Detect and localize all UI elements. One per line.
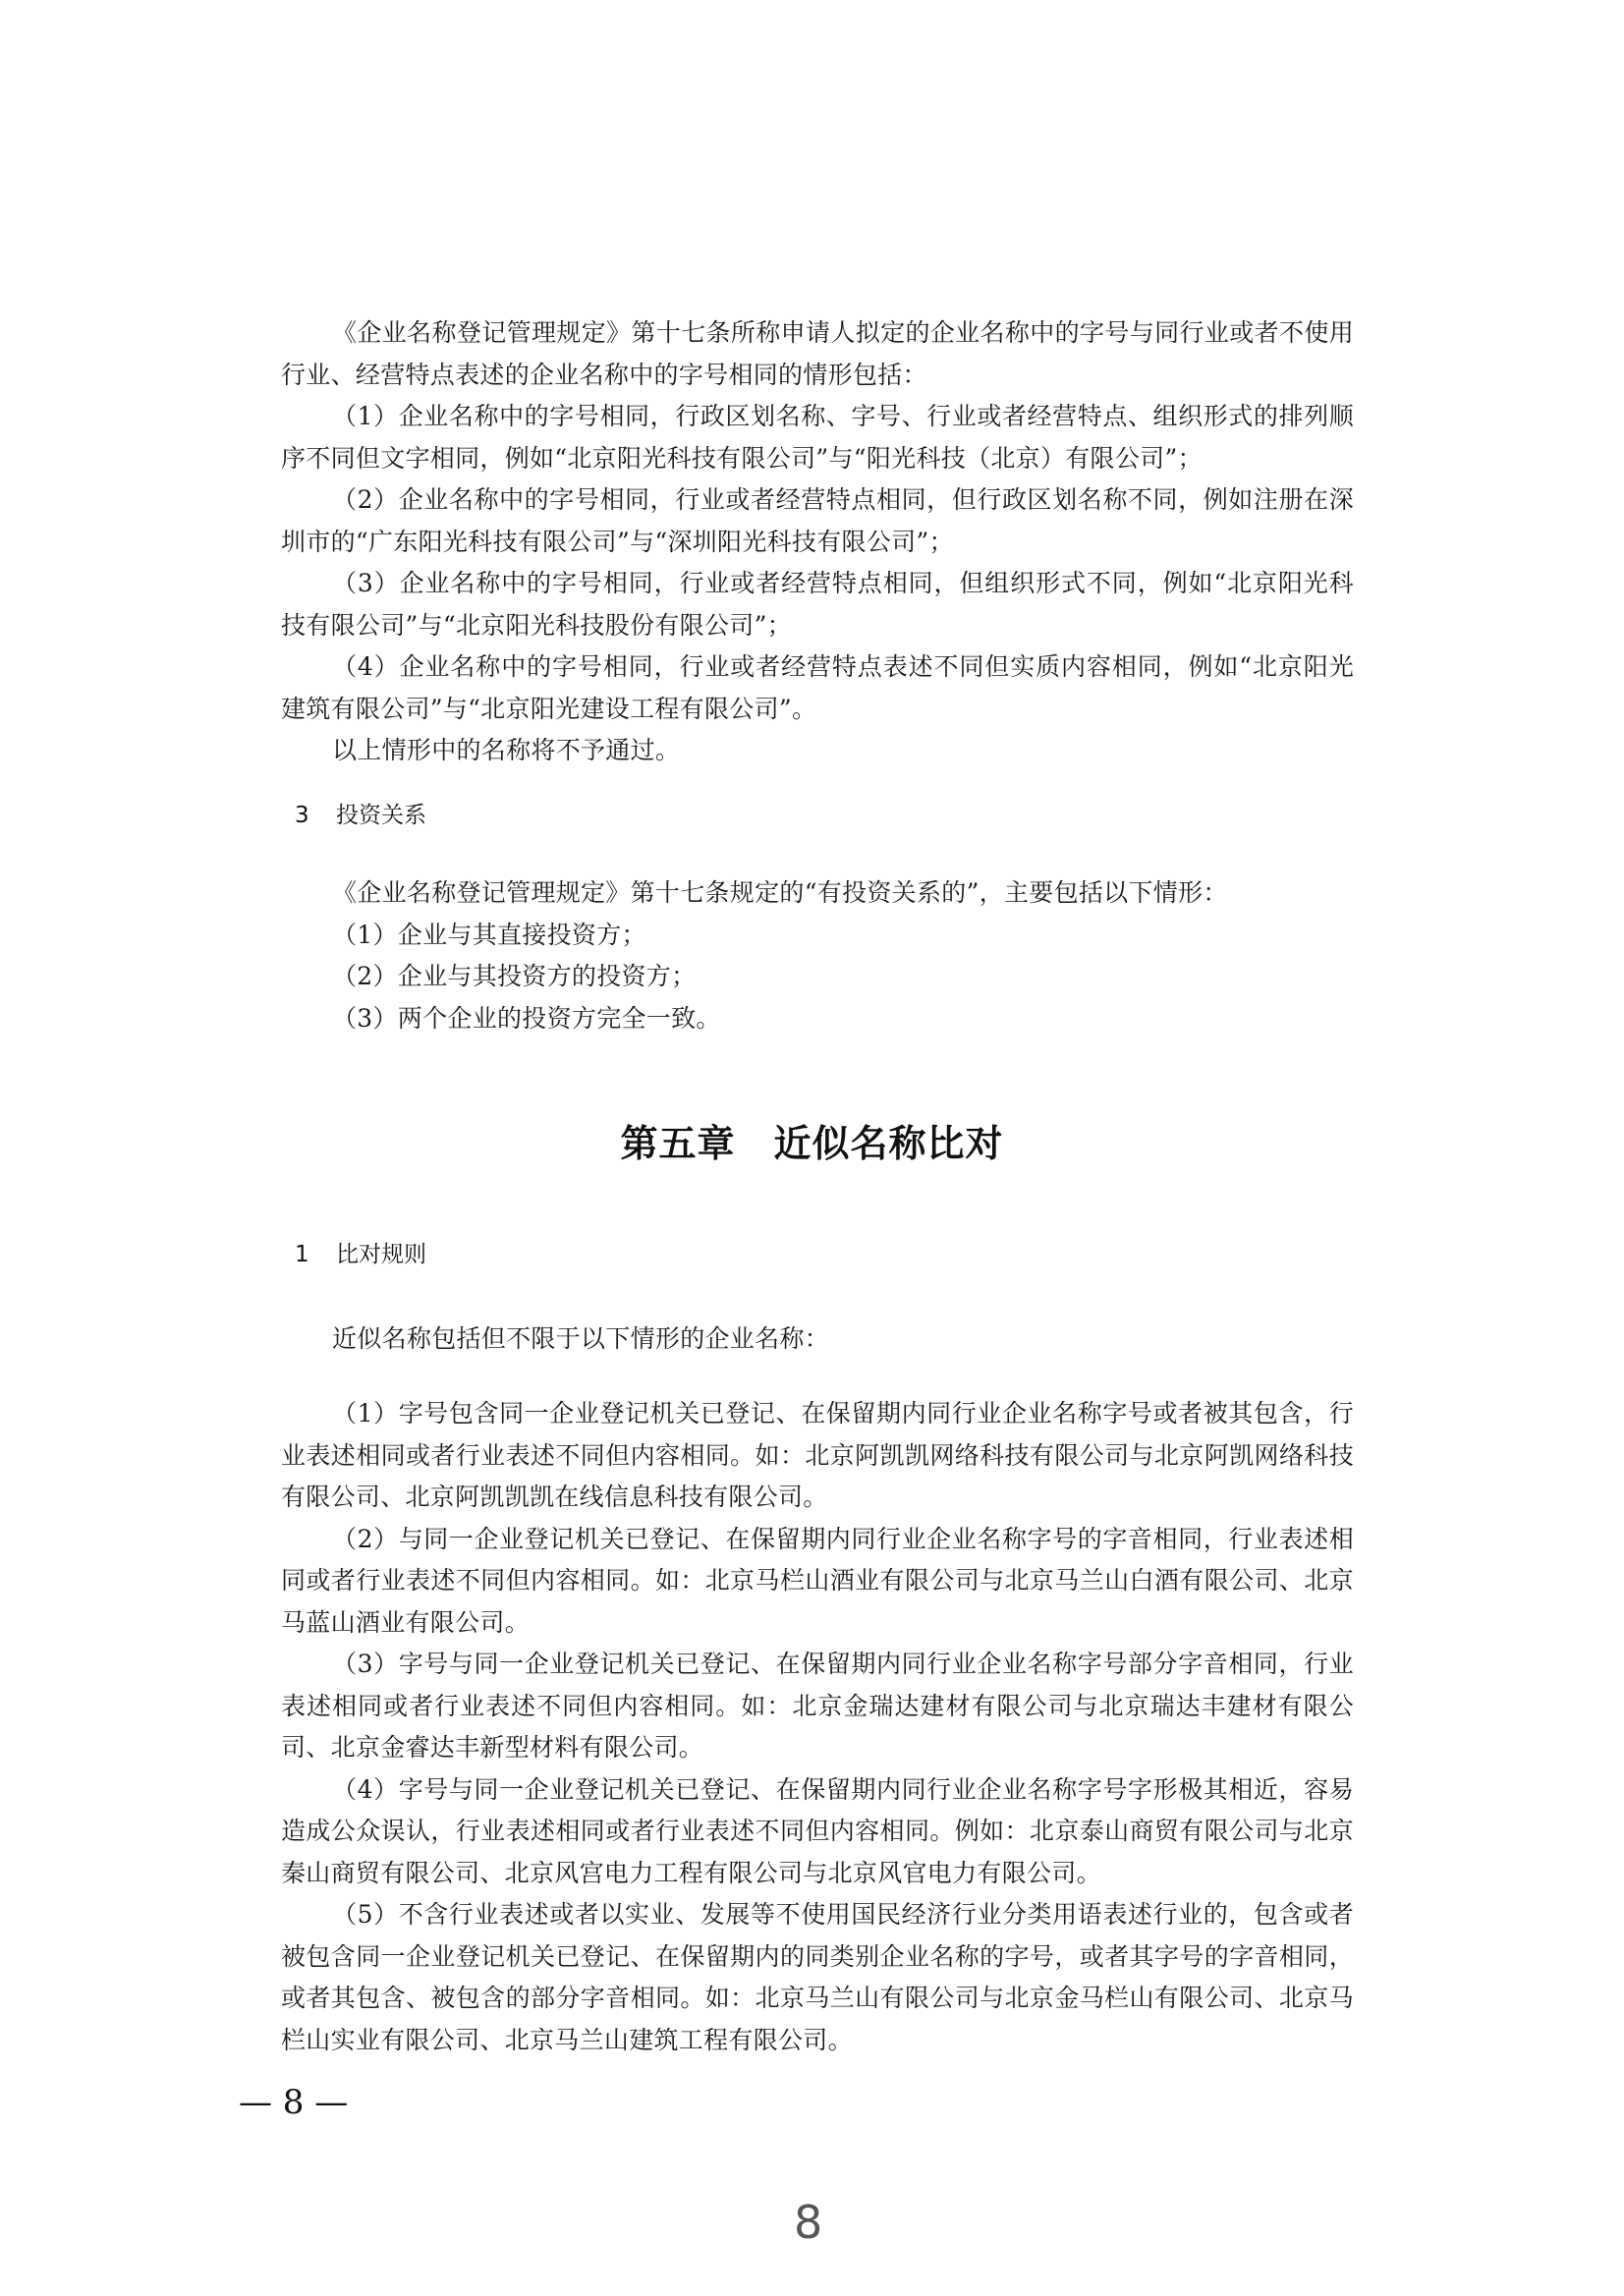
list-item: （2）企业名称中的字号相同，行业或者经营特点相同，但行政区划名称不同，例如注册在…: [281, 479, 1354, 563]
paragraph-intro: 近似名称包括但不限于以下情形的企业名称：: [281, 1318, 1354, 1361]
paragraph-intro: 《企业名称登记管理规定》第十七条规定的“有投资关系的”，主要包括以下情形：: [281, 872, 1354, 915]
section-heading: 3投资关系: [281, 801, 1354, 830]
chapter-section-1-intro: 近似名称包括但不限于以下情形的企业名称：: [281, 1318, 1354, 1361]
list-item: （2）与同一企业登记机关已登记、在保留期内同行业企业名称字号的字音相同，行业表述…: [281, 1519, 1354, 1645]
list-item: （3）字号与同一企业登记机关已登记、在保留期内同行业企业名称字号部分字音相同，行…: [281, 1644, 1354, 1769]
section-heading: 1比对规则: [281, 1240, 1354, 1269]
section-number: 3: [281, 801, 336, 830]
list-item: （3）企业名称中的字号相同，行业或者经营特点相同，但组织形式不同，例如“北京阳光…: [281, 563, 1354, 646]
document-page: 《企业名称登记管理规定》第十七条所称申请人拟定的企业名称中的字号与同行业或者不使…: [0, 0, 1624, 2296]
section-3-body: 《企业名称登记管理规定》第十七条规定的“有投资关系的”，主要包括以下情形： （1…: [281, 872, 1354, 1039]
section-3-heading: 3投资关系: [281, 801, 1354, 830]
page-number-marker: — 8 —: [239, 2083, 348, 2122]
paragraph-intro: 《企业名称登记管理规定》第十七条所称申请人拟定的企业名称中的字号与同行业或者不使…: [281, 312, 1354, 396]
chapter-section-1-items: （1）字号包含同一企业登记机关已登记、在保留期内同行业企业名称字号或者被其包含，…: [281, 1393, 1354, 2061]
scan-page-number: 8: [794, 2196, 822, 2249]
list-item: （4）字号与同一企业登记机关已登记、在保留期内同行业企业名称字号字形极其相近，容…: [281, 1769, 1354, 1895]
list-item: （1）字号包含同一企业登记机关已登记、在保留期内同行业企业名称字号或者被其包含，…: [281, 1393, 1354, 1519]
paragraph-conclusion: 以上情形中的名称将不予通过。: [281, 730, 1354, 772]
list-item: （1）企业与其直接投资方；: [281, 915, 1354, 957]
section-2-continued: 《企业名称登记管理规定》第十七条所称申请人拟定的企业名称中的字号与同行业或者不使…: [281, 312, 1354, 772]
list-item: （5）不含行业表述或者以实业、发展等不使用国民经济行业分类用语表述行业的，包含或…: [281, 1894, 1354, 2061]
list-item: （3）两个企业的投资方完全一致。: [281, 998, 1354, 1040]
list-item: （2）企业与其投资方的投资方；: [281, 956, 1354, 998]
section-title: 比对规则: [336, 1242, 426, 1267]
chapter-section-1-heading: 1比对规则: [281, 1240, 1354, 1269]
chapter-title: 第五章 近似名称比对: [0, 1113, 1624, 1167]
section-title: 投资关系: [336, 803, 426, 828]
section-number: 1: [281, 1240, 336, 1269]
list-item: （4）企业名称中的字号相同，行业或者经营特点表述不同但实质内容相同，例如“北京阳…: [281, 646, 1354, 730]
list-item: （1）企业名称中的字号相同，行政区划名称、字号、行业或者经营特点、组织形式的排列…: [281, 396, 1354, 479]
